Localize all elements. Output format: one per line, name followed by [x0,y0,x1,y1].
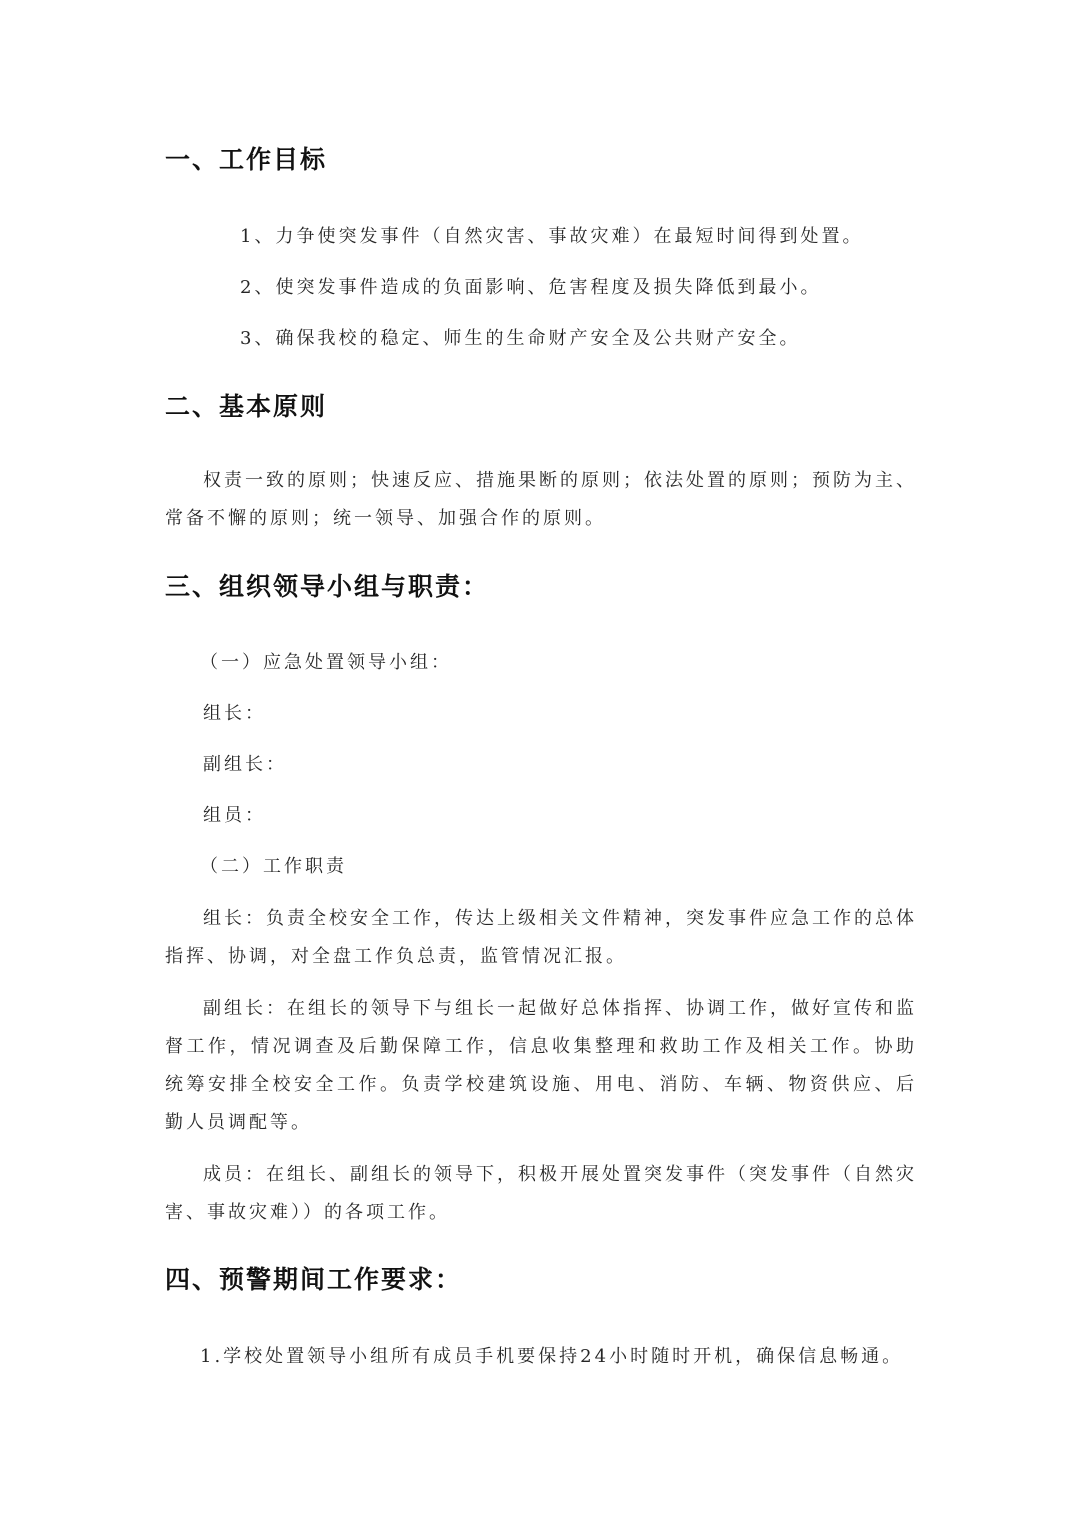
deputy-duty-paragraph: 副组长：在组长的领导下与组长一起做好总体指挥、协调工作，做好宣传和监督工作，情况… [165,990,917,1142]
group-deputy-label: 副组长： [203,752,287,778]
member-duty-paragraph: 成员：在组长、副组长的领导下，积极开展处置突发事件（突发事件（自然灾害、事故灾难… [165,1156,917,1232]
section-heading-basic-principles: 二、基本原则 [165,392,327,422]
document-page: 一、工作目标 1、力争使突发事件（自然灾害、事故灾难）在最短时间得到处置。 2、… [0,0,1080,1528]
group-members-label: 组员： [203,803,266,829]
section-heading-warning-requirements: 四、预警期间工作要求： [165,1265,462,1295]
goal-item-2: 2、使突发事件造成的负面影响、危害程度及损失降低到最小。 [240,275,821,301]
section-heading-work-goals: 一、工作目标 [165,145,327,175]
subsection-duties-title: （二）工作职责 [200,854,347,880]
subsection-emergency-group-title: （一）应急处置领导小组： [200,650,452,676]
section-heading-organization: 三、组织领导小组与职责： [165,572,489,602]
goal-item-1: 1、力争使突发事件（自然灾害、事故灾难）在最短时间得到处置。 [240,224,863,250]
leader-duty-paragraph: 组长：负责全校安全工作，传达上级相关文件精神，突发事件应急工作的总体指挥、协调，… [165,900,917,976]
goal-item-3: 3、确保我校的稳定、师生的生命财产安全及公共财产安全。 [240,326,800,352]
requirement-item-1: 1.学校处置领导小组所有成员手机要保持24小时随时开机，确保信息畅通。 [200,1344,903,1370]
group-leader-label: 组长： [203,701,266,727]
principles-paragraph: 权责一致的原则；快速反应、措施果断的原则；依法处置的原则；预防为主、常备不懈的原… [165,462,917,538]
